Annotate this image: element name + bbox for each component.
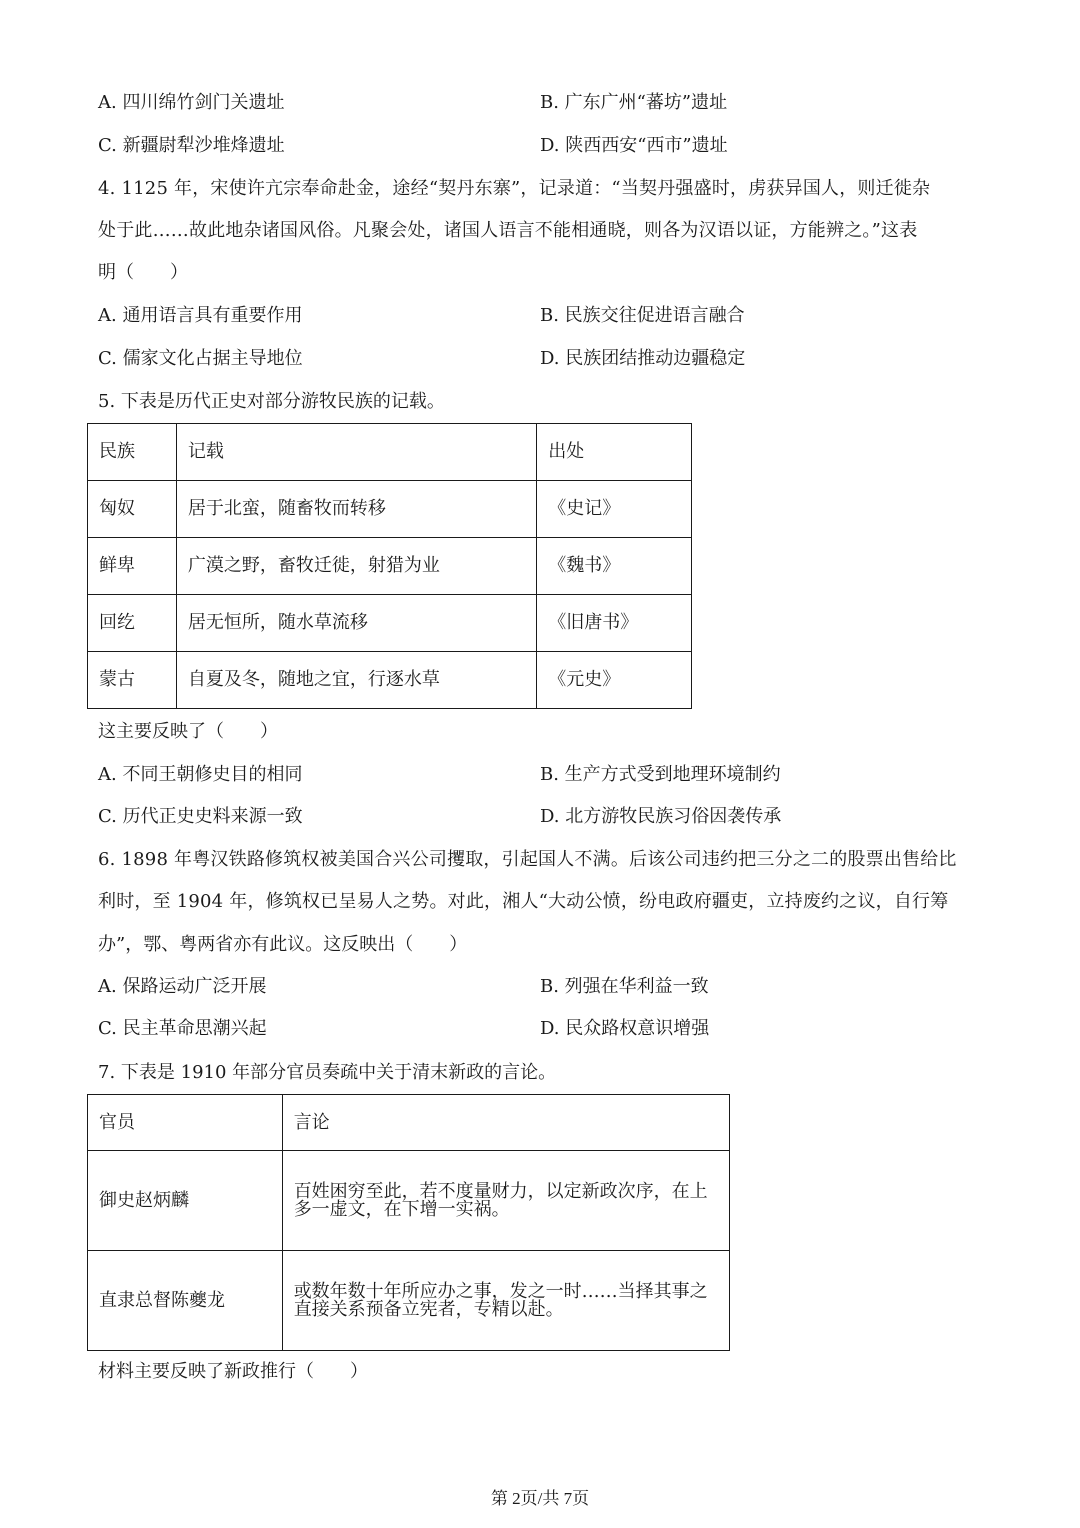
table-row: 御史赵炳麟 百姓困穷至此，若不度量财力，以定新政次序，在上多一虚文，在下增一实祸… (88, 1151, 730, 1251)
table-cell: 直隶总督陈夔龙 (88, 1251, 283, 1351)
table-cell: 《魏书》 (537, 538, 692, 595)
header-cell: 民族 (88, 424, 177, 481)
q6-option-b: B. 列强在华利益一致 (540, 978, 709, 996)
table-cell: 《旧唐书》 (537, 595, 692, 652)
q5-option-c: C. 历代正史史料来源一致 (98, 808, 303, 826)
table-cell: 御史赵炳麟 (88, 1151, 283, 1251)
table-cell: 蒙古 (88, 652, 177, 709)
table-cell: 《史记》 (537, 481, 692, 538)
header-cell: 官员 (88, 1095, 283, 1151)
header-cell: 出处 (537, 424, 692, 481)
header-cell: 记载 (176, 424, 536, 481)
table-cell: 《元史》 (537, 652, 692, 709)
q4-option-c: C. 儒家文化占据主导地位 (98, 350, 303, 368)
q3-option-c: C. 新疆尉犁沙堆烽遗址 (98, 137, 285, 155)
q5-option-d: D. 北方游牧民族习俗因袭传承 (540, 808, 781, 826)
table-row: 鲜卑 广漠之野，畜牧迁徙，射猎为业 《魏书》 (88, 538, 692, 595)
q6-option-c: C. 民主革命思潮兴起 (98, 1020, 267, 1038)
q7-question: 材料主要反映了新政推行（ ） (98, 1363, 368, 1381)
q5-table: 民族 记载 出处 匈奴 居于北蛮，随畜牧而转移 《史记》 鲜卑 广漠之野，畜牧迁… (87, 423, 692, 709)
table-cell: 百姓困穷至此，若不度量财力，以定新政次序，在上多一虚文，在下增一实祸。 (282, 1151, 729, 1251)
page-number: 第 2页/共 7页 (0, 1484, 1080, 1509)
table-header-row: 官员 言论 (88, 1095, 730, 1151)
table-cell: 居于北蛮，随畜牧而转移 (176, 481, 536, 538)
q3-option-d: D. 陕西西安“西市”遗址 (540, 137, 728, 155)
table-row: 直隶总督陈夔龙 或数年数十年所应办之事，发之一时……当择其事之直接关系预备立宪者… (88, 1251, 730, 1351)
table-cell: 或数年数十年所应办之事，发之一时……当择其事之直接关系预备立宪者，专精以赴。 (282, 1251, 729, 1351)
q4-option-a: A. 通用语言具有重要作用 (98, 307, 302, 325)
table-header-row: 民族 记载 出处 (88, 424, 692, 481)
table-row: 回纥 居无恒所，随水草流移 《旧唐书》 (88, 595, 692, 652)
q7-stem: 7. 下表是 1910 年部分官员奏疏中关于清末新政的言论。 (98, 1064, 556, 1082)
table-cell: 回纥 (88, 595, 177, 652)
q6-option-d: D. 民众路权意识增强 (540, 1020, 709, 1038)
q6-stem-line-1: 6. 1898 年粤汉铁路修筑权被美国合兴公司攫取，引起国人不满。后该公司违约把… (98, 851, 957, 869)
q6-stem-line-2: 利时，至 1904 年，修筑权已呈易人之势。对此，湘人“大动公愤，纷电政府疆吏，… (98, 893, 948, 911)
q5-option-b: B. 生产方式受到地理环境制约 (540, 766, 781, 784)
q4-option-d: D. 民族团结推动边疆稳定 (540, 350, 745, 368)
table-cell: 自夏及冬，随地之宜，行逐水草 (176, 652, 536, 709)
q3-option-b: B. 广东广州“蕃坊”遗址 (540, 94, 727, 112)
q3-option-a: A. 四川绵竹剑门关遗址 (98, 94, 284, 112)
table-cell: 广漠之野，畜牧迁徙，射猎为业 (176, 538, 536, 595)
table-row: 蒙古 自夏及冬，随地之宜，行逐水草 《元史》 (88, 652, 692, 709)
table-cell: 居无恒所，随水草流移 (176, 595, 536, 652)
q7-table: 官员 言论 御史赵炳麟 百姓困穷至此，若不度量财力，以定新政次序，在上多一虚文，… (87, 1094, 730, 1351)
q6-stem-line-3: 办”，鄂、粤两省亦有此议。这反映出（ ） (98, 936, 467, 954)
q5-option-a: A. 不同王朝修史目的相同 (98, 766, 302, 784)
table-cell: 匈奴 (88, 481, 177, 538)
table-cell: 鲜卑 (88, 538, 177, 595)
q5-stem: 5. 下表是历代正史对部分游牧民族的记载。 (98, 393, 445, 411)
header-cell: 言论 (282, 1095, 729, 1151)
q6-option-a: A. 保路运动广泛开展 (98, 978, 266, 996)
q5-question: 这主要反映了（ ） (98, 723, 278, 741)
q4-stem-line-1: 4. 1125 年，宋使许亢宗奉命赴金，途经“契丹东寨”，记录道：“当契丹强盛时… (98, 180, 930, 198)
q4-stem-line-2: 处于此……故此地杂诸国风俗。凡聚会处，诸国人语言不能相通晓，则各为汉语以证，方能… (98, 222, 917, 240)
q4-stem-line-3: 明（ ） (98, 264, 188, 282)
table-row: 匈奴 居于北蛮，随畜牧而转移 《史记》 (88, 481, 692, 538)
q4-option-b: B. 民族交往促进语言融合 (540, 307, 745, 325)
